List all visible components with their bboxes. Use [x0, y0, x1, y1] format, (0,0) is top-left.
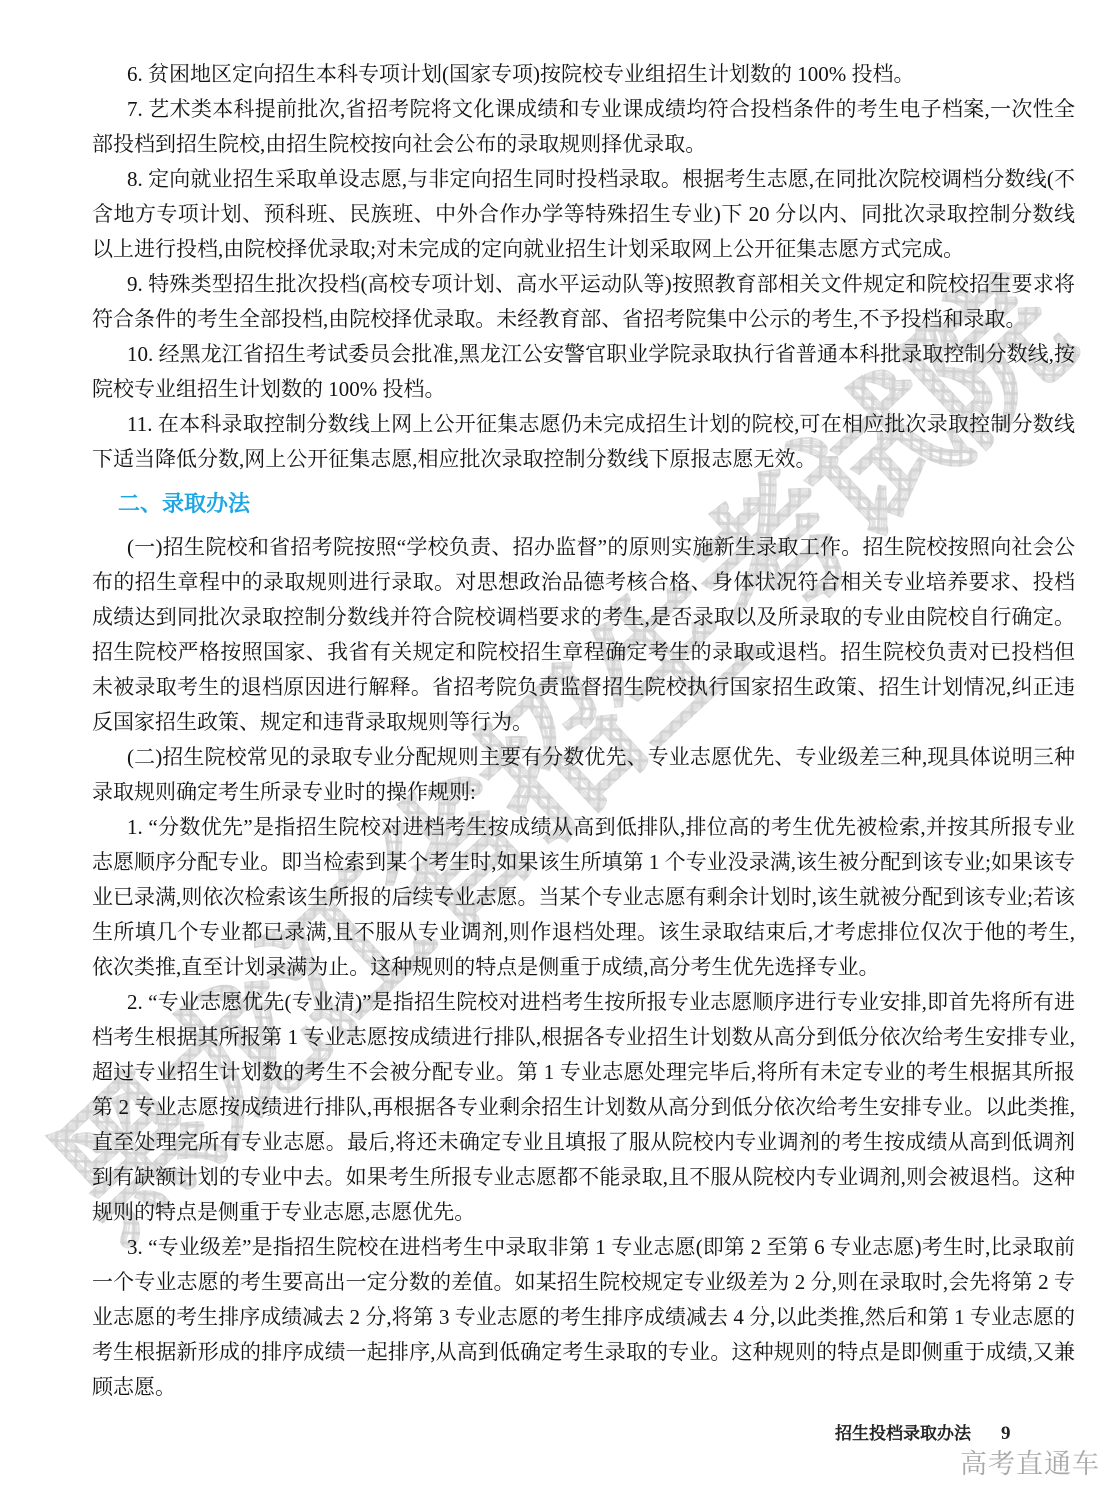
paragraph-item-er: (二)招生院校常见的录取专业分配规则主要有分数优先、专业志愿优先、专业级差三种,… [92, 740, 1075, 810]
paragraph-item-rule3: 3. “专业级差”是指招生院校在进档考生中录取非第 1 专业志愿(即第 2 至第… [92, 1230, 1075, 1405]
section-heading: 二、录取办法 [92, 486, 1075, 521]
paragraph-item-6: 6. 贫困地区定向招生本科专项计划(国家专项)按院校专业组招生计划数的 100%… [92, 57, 1075, 92]
page-content: 6. 贫困地区定向招生本科专项计划(国家专项)按院校专业组招生计划数的 100%… [0, 0, 1102, 1405]
paragraph-item-yi: (一)招生院校和省招考院按照“学校负责、招办监督”的原则实施新生录取工作。招生院… [92, 530, 1075, 740]
paragraph-item-8: 8. 定向就业招生采取单设志愿,与非定向招生同时投档录取。根据考生志愿,在同批次… [92, 162, 1075, 267]
footer-title: 招生投档录取办法 [835, 1424, 971, 1443]
paragraph-item-rule2: 2. “专业志愿优先(专业清)”是指招生院校对进档考生按所报专业志愿顺序进行专业… [92, 985, 1075, 1230]
document-page: 黑龙江省招生考试院 6. 贫困地区定向招生本科专项计划(国家专项)按院校专业组招… [0, 0, 1102, 1496]
paragraph-item-rule1: 1. “分数优先”是指招生院校对进档考生按成绩从高到低排队,排位高的考生优先被检… [92, 810, 1075, 985]
footer-page-number: 9 [1001, 1423, 1011, 1444]
paragraph-item-9: 9. 特殊类型招生批次投档(高校专项计划、高水平运动队等)按照教育部相关文件规定… [92, 267, 1075, 337]
brand-watermark: 高考直通车 [960, 1442, 1100, 1481]
paragraph-item-11: 11. 在本科录取控制分数线上网上公开征集志愿仍未完成招生计划的院校,可在相应批… [92, 407, 1075, 477]
paragraph-item-10: 10. 经黑龙江省招生考试委员会批准,黑龙江公安警官职业学院录取执行省普通本科批… [92, 337, 1075, 407]
paragraph-item-7: 7. 艺术类本科提前批次,省招考院将文化课成绩和专业课成绩均符合投档条件的考生电… [92, 92, 1075, 162]
